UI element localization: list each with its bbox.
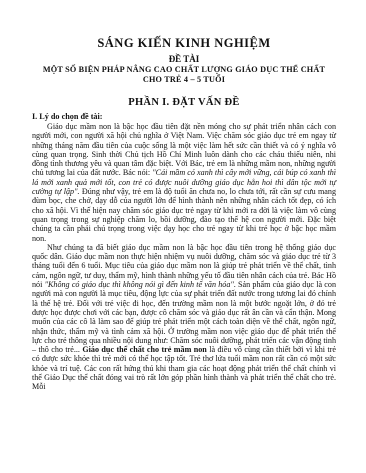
- section-heading: I. Lý do chọn đề tài:: [32, 112, 336, 121]
- paragraph-1-run-3: Đúng như vậy, trẻ em là độ tuổi ăn chưa …: [32, 187, 336, 242]
- paragraph-2-bold-phrase: Giáo dục thể chất cho trẻ mầm non: [82, 345, 206, 354]
- part-heading: PHẦN I. ĐẶT VẤN ĐỀ: [32, 97, 336, 108]
- paragraph-2-run-3: . Sản phẩm của giáo dục là con người mà …: [32, 280, 336, 354]
- paragraph-2-quote: "Không có giáo dục thì không nói gì đến …: [45, 280, 234, 289]
- topic-title-line2: CHO TRẺ 4 – 5 TUỔI: [32, 75, 336, 84]
- document-title: SÁNG KIẾN KINH NGHIỆM: [32, 36, 336, 51]
- document-subtitle: ĐỀ TÀI: [32, 54, 336, 64]
- document-page: SÁNG KIẾN KINH NGHIỆM ĐỀ TÀI MỘT SỐ BIỆN…: [0, 0, 366, 473]
- paragraph-2: Như chúng ta đã biết giáo dục mầm non là…: [32, 243, 336, 392]
- topic-title-line1: MỘT SỐ BIỆN PHÁP NÂNG CAO CHẤT LƯỢNG GIÁ…: [32, 65, 336, 74]
- paragraph-1: Giáo dục mầm non là bậc học đầu tiên đặt…: [32, 122, 336, 243]
